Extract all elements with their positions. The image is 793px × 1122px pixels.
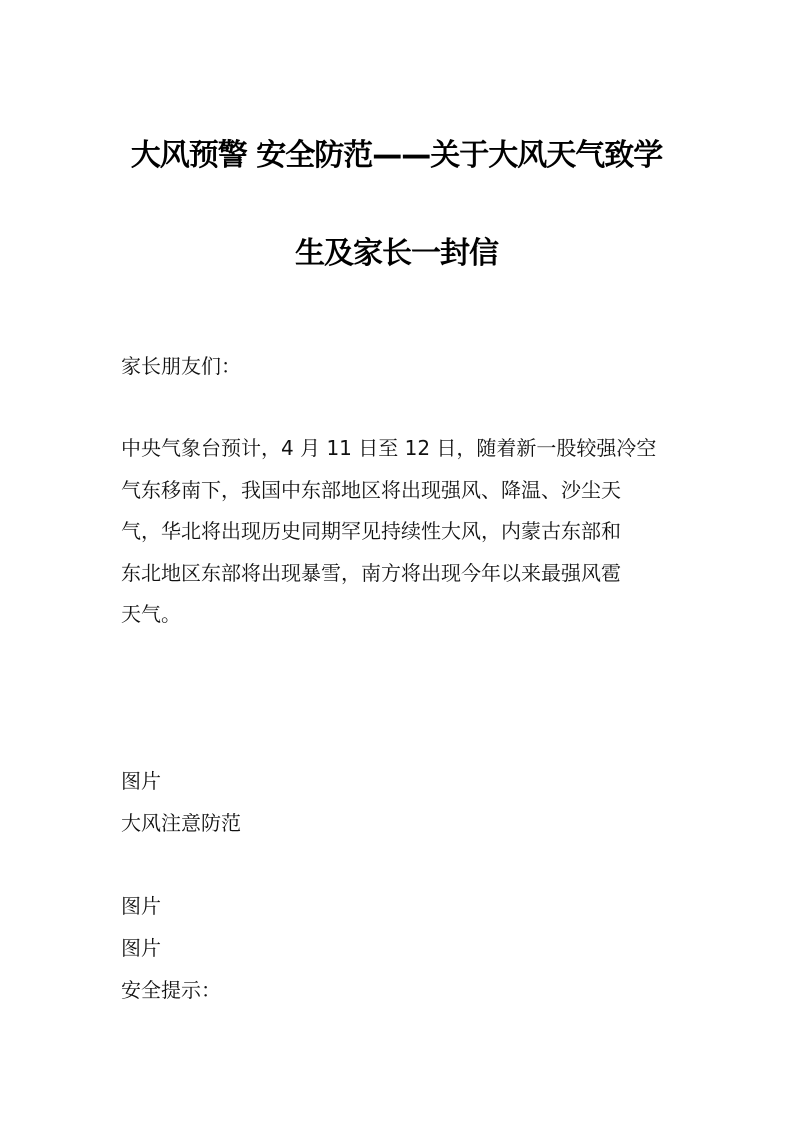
salutation: 家长朋友们： xyxy=(121,346,241,388)
document-page: 大风预警 安全防范——关于大风天气致学 生及家长一封信 家长朋友们： 中央气象台… xyxy=(0,0,793,1122)
body-paragraph: 中央气象台预计，4 月 11 日至 12 日，随着新一股较强冷空 气东移南下，我… xyxy=(121,428,677,636)
paragraph-line: 东北地区东部将出现暴雪，南方将出现今年以来最强风雹 xyxy=(121,553,677,595)
safety-tips-heading: 安全提示： xyxy=(121,970,221,1012)
image-placeholder: 图片 xyxy=(121,928,161,970)
document-title-line-1: 大风预警 安全防范——关于大风天气致学 xyxy=(0,130,793,174)
image-placeholder: 图片 xyxy=(121,886,161,928)
paragraph-line: 天气。 xyxy=(121,594,677,636)
image-placeholder: 图片 xyxy=(121,761,161,803)
paragraph-line: 中央气象台预计，4 月 11 日至 12 日，随着新一股较强冷空 xyxy=(121,428,677,470)
paragraph-line: 气东移南下，我国中东部地区将出现强风、降温、沙尘天 xyxy=(121,470,677,512)
paragraph-line: 气，华北将出现历史同期罕见持续性大风，内蒙古东部和 xyxy=(121,511,677,553)
image-caption: 大风注意防范 xyxy=(121,803,241,845)
document-title-line-2: 生及家长一封信 xyxy=(0,228,793,272)
